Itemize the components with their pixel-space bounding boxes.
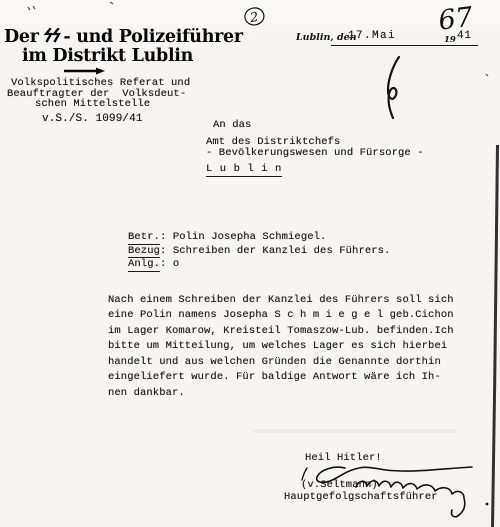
letterhead-line1-prefix: Der <box>4 27 44 47</box>
regarding-label: Bezug <box>128 245 160 259</box>
recipient-division: - Bevölkerungswesen und Fürsorge - <box>206 147 424 159</box>
dateline-century: 19 <box>444 35 456 45</box>
circled-number-annotation: 2 <box>244 7 266 27</box>
scan-smudge <box>252 429 457 433</box>
department-line3: schen Mittelstelle <box>35 98 150 110</box>
regarding-value: : Schreiben der Kanzlei des Führers. <box>160 245 390 257</box>
dateline-underline <box>331 45 478 46</box>
handwritten-paraph <box>388 57 399 118</box>
letterhead-line1-suffix: - und Polizeiführer <box>63 27 242 47</box>
enclosures-label: Anlg. <box>128 258 160 272</box>
enclosures-line: Anlg.: o <box>128 258 179 270</box>
file-reference-number: v.S./S. 1099/41 <box>42 113 143 125</box>
recipient-city-text: L u b l i n <box>206 163 282 177</box>
enclosures-value: : o <box>160 258 179 270</box>
scan-edge-line <box>493 145 498 527</box>
letterhead-line1: Der - und Polizeiführer <box>4 27 243 47</box>
letter-body: Nach einem Schreiben der Kanzlei des Füh… <box>108 293 454 401</box>
subject-line: Betr.: Polin Josepha Schmiegel. <box>128 231 326 243</box>
recipient-salutation: An das <box>213 119 251 131</box>
signer-title: Hauptgefolgschaftsführer <box>284 491 438 503</box>
circled-number-text: 2 <box>248 10 260 26</box>
ss-runes-icon <box>44 27 63 47</box>
signature-ink-dot <box>486 503 489 506</box>
signer-name: (v.Seltmann) <box>301 479 378 491</box>
dateline-year-typed: 41 <box>457 30 472 42</box>
scanned-letter-page: Der - und Polizeiführer im Distrikt Lubl… <box>0 0 500 527</box>
letterhead-line2: im Distrikt Lublin <box>22 46 193 66</box>
letterhead-rule-arrow-icon <box>64 68 105 75</box>
dateline-day-typed: 17.Mai <box>348 30 396 42</box>
subject-value: : Polin Josepha Schmiegel. <box>160 231 326 243</box>
regarding-line: Bezug: Schreiben der Kanzlei des Führers… <box>128 245 390 257</box>
closing-salute: Heil Hitler! <box>305 452 382 464</box>
recipient-city: L u b l i n <box>206 163 282 175</box>
subject-label: Betr. <box>128 231 160 245</box>
